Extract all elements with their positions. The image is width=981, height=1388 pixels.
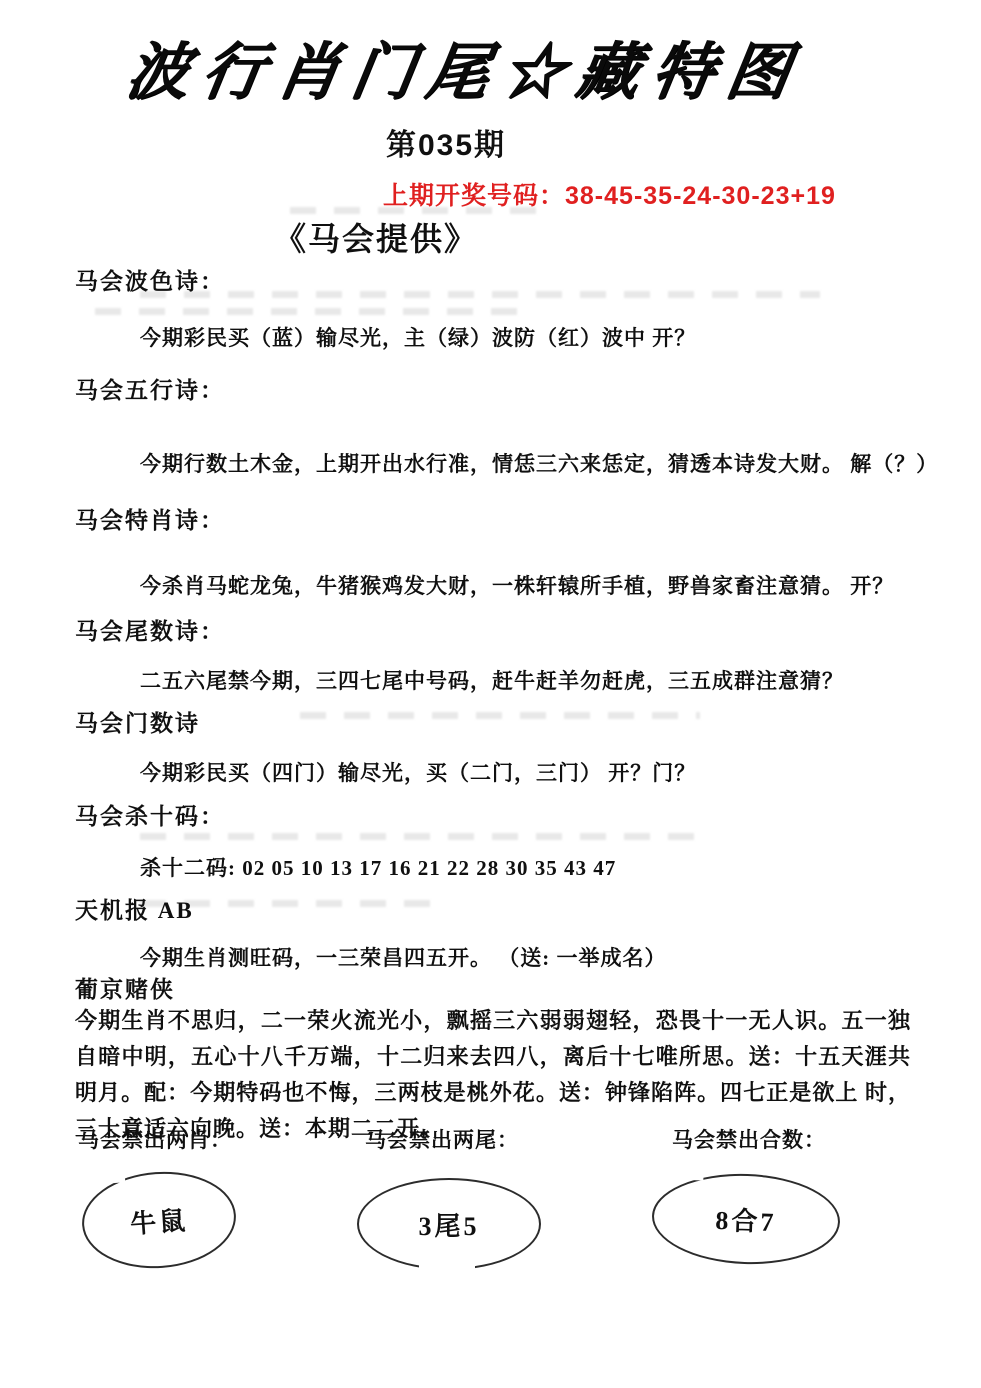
scan-artifact (95, 308, 525, 315)
tip-sheet-page: 波行肖门尾☆藏特图 第035期 上期开奖号码：38-45-35-24-30-23… (0, 0, 981, 1388)
section-heading-wuxing: 马会五行诗： (75, 372, 225, 405)
section-heading-texiao: 马会特肖诗： (75, 502, 225, 535)
section-heading-pujing: 葡京赌侠 (75, 971, 175, 1004)
poem-tianjibao: 今期生肖测旺码，一三荣昌四五开。 （送: 一举成名） (140, 942, 667, 972)
section-heading-bose: 马会波色诗： (75, 263, 225, 296)
page-title: 波行肖门尾☆藏特图 (121, 22, 810, 111)
forbidden-tail-value: 3尾5 (418, 1206, 479, 1243)
scan-artifact (140, 833, 700, 840)
ellipse-gap (679, 1170, 703, 1181)
scan-artifact (140, 291, 820, 298)
scan-artifact (300, 712, 700, 719)
forbidden-zodiac-label: 马会禁出两肖： (78, 1124, 232, 1154)
forbidden-sum-label: 马会禁出合数： (672, 1124, 826, 1154)
section-heading-weishu: 马会尾数诗： (75, 613, 225, 646)
issue-number: 第035期 (386, 120, 506, 164)
last-draw-numbers: 上期开奖号码：38-45-35-24-30-23+19 (383, 176, 836, 212)
forbidden-zodiac-circle: 牛鼠 (79, 1167, 239, 1274)
kill-codes-line: 杀十二码: 02 05 10 13 17 16 21 22 28 30 35 4… (140, 852, 616, 882)
forbidden-tail-label: 马会禁出两尾： (365, 1124, 519, 1154)
poem-menshu: 今期彩民买（四门）输尽光，买（二门，三门） 开？门？ (140, 757, 696, 787)
ellipse-gap (99, 1172, 126, 1184)
section-heading-shashima: 马会杀十码： (75, 798, 225, 831)
provider-line: 《马会提供》 (274, 214, 478, 260)
forbidden-sum-circle: 8合7 (650, 1171, 841, 1268)
section-heading-tianjibao: 天机报 AB (75, 892, 194, 925)
poem-weishu: 二五六尾禁今期，三四七尾中号码，赶牛赶羊勿赶虎，三五成群注意猜？ (140, 665, 844, 695)
section-heading-menshu: 马会门数诗 (75, 705, 200, 738)
poem-bose: 今期彩民买（蓝）输尽光，主（绿）波防（红）波中 开？ (140, 322, 696, 352)
forbidden-zodiac-value: 牛鼠 (129, 1200, 189, 1241)
poem-wuxing: 今期行数土木金，上期开出水行准，情恁三六来恁定，猜透本诗发大财。 解（？） (140, 448, 938, 478)
forbidden-tail-circle: 3尾5 (357, 1178, 541, 1270)
ellipse-gap (419, 1262, 475, 1272)
poem-texiao: 今杀肖马蛇龙兔，牛猪猴鸡发大财，一株轩辕所手植，野兽家畜注意猜。 开？ (140, 570, 894, 600)
forbidden-sum-value: 8合7 (715, 1199, 777, 1238)
